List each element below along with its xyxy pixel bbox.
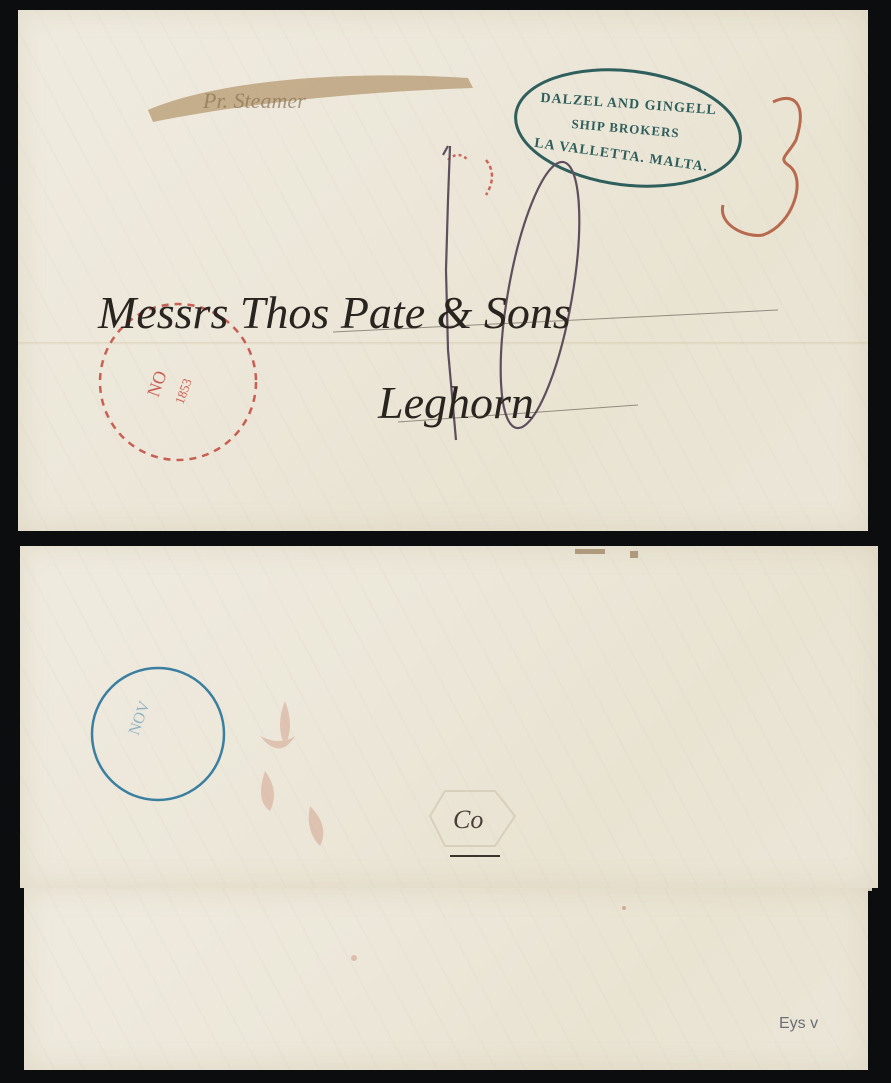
back-lower-markings: Eys v	[24, 888, 868, 1070]
pencil-note: Eys v	[779, 1015, 818, 1032]
address-block: Messrs Thos Pate & Sons Leghorn	[97, 287, 778, 428]
svg-text:Leghorn: Leghorn	[377, 377, 534, 428]
letter-front: Pr. Steamer DALZEL AND GINGELL SHIP BROK…	[18, 10, 868, 531]
svg-text:Pr. Steamer: Pr. Steamer	[202, 88, 306, 113]
manuscript-endorsement: Pr. Steamer	[148, 75, 473, 122]
svg-text:NOV: NOV	[126, 699, 154, 738]
back-markings: NOV Co	[20, 546, 878, 888]
faint-red-strike	[260, 701, 323, 846]
svg-text:Messrs Thos Pate & Sons: Messrs Thos Pate & Sons	[97, 287, 571, 338]
wax-seal-impression: Co	[430, 791, 515, 856]
svg-text:LA VALLETTA. MALTA.: LA VALLETTA. MALTA.	[533, 136, 709, 175]
svg-text:1853: 1853	[172, 376, 195, 406]
front-markings: Pr. Steamer DALZEL AND GINGELL SHIP BROK…	[18, 10, 868, 531]
svg-text:SHIP BROKERS: SHIP BROKERS	[571, 116, 680, 140]
svg-text:Co: Co	[453, 805, 483, 834]
blue-datestamp: NOV	[92, 668, 224, 800]
red-partial-datestamp	[448, 155, 492, 195]
letter-back: NOV Co	[20, 546, 878, 888]
letter-back-lower: Eys v	[24, 888, 868, 1070]
svg-text:DALZEL AND GINGELL: DALZEL AND GINGELL	[540, 91, 717, 118]
svg-text:NO: NO	[143, 368, 171, 399]
